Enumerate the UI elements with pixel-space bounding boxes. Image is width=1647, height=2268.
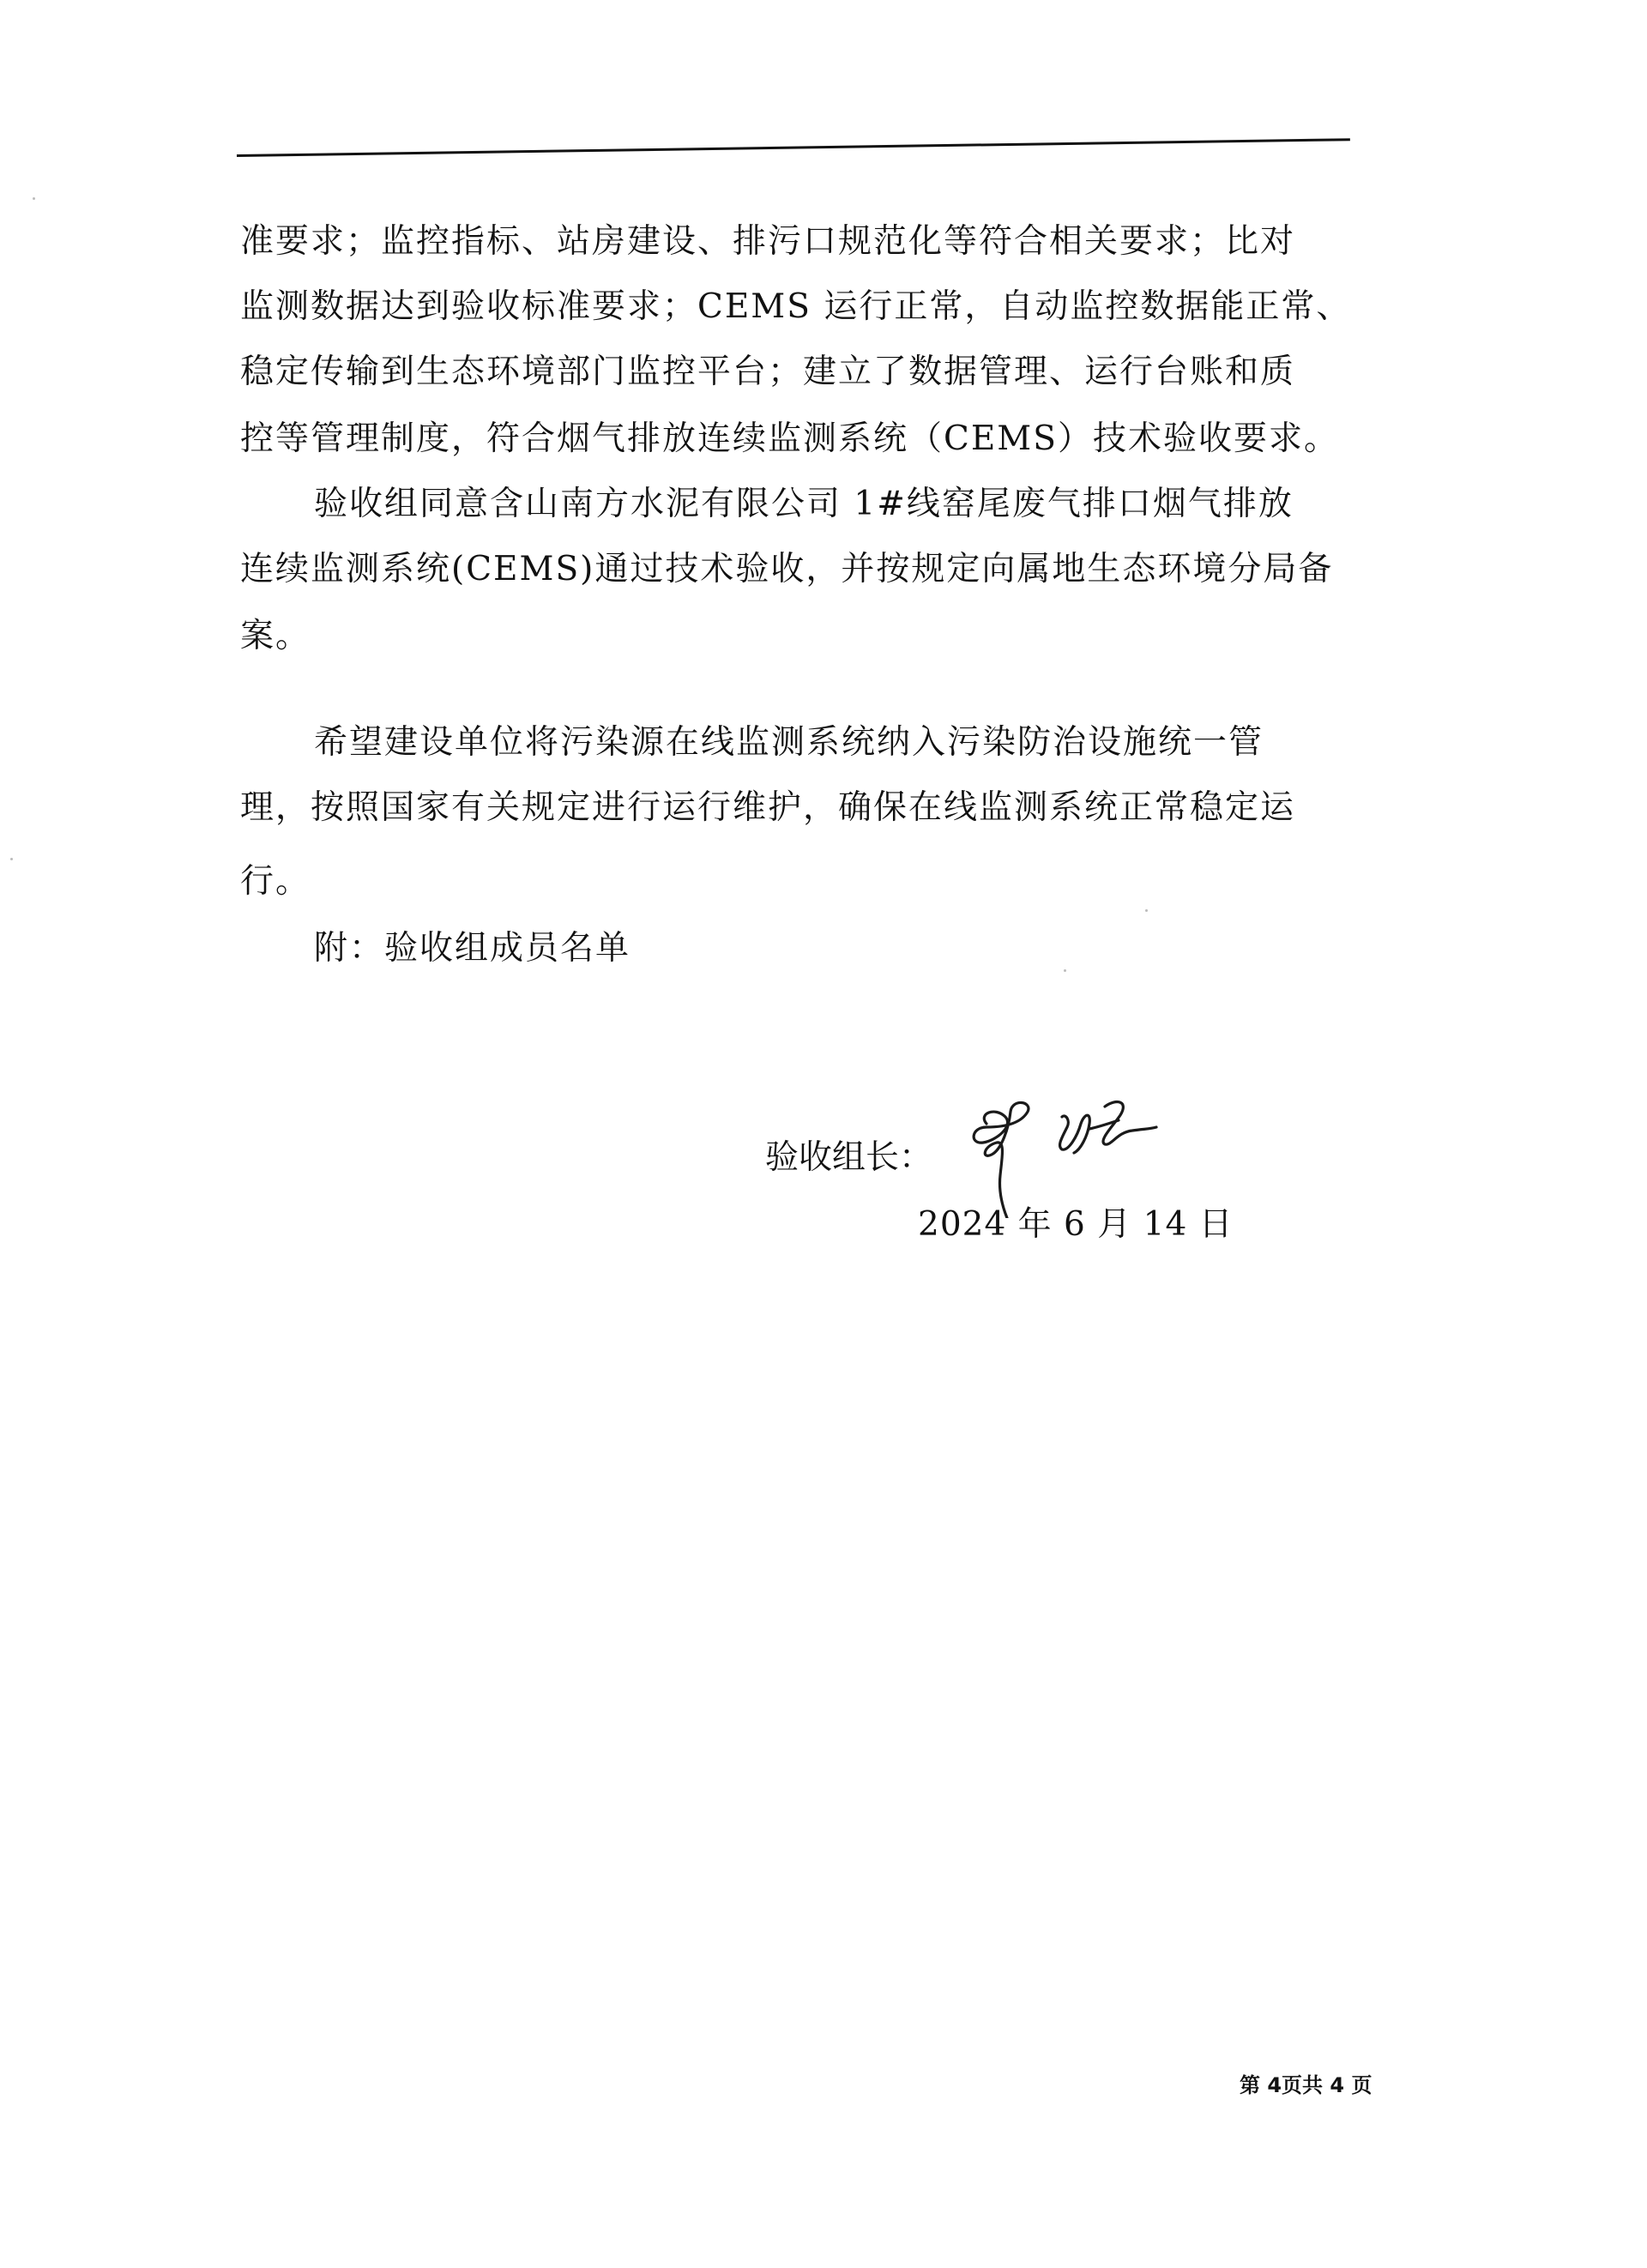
paragraph-line: 准要求；监控指标、站房建设、排污口规范化等符合相关要求；比对 bbox=[240, 221, 1295, 262]
paragraph-line: 案。 bbox=[240, 616, 311, 657]
scan-artifact bbox=[10, 858, 13, 860]
paragraph-line: 行。 bbox=[240, 861, 311, 902]
scan-artifact bbox=[33, 197, 35, 200]
paragraph-line: 连续监测系统(CEMS)通过技术验收，并按规定向属地生态环境分局备 bbox=[240, 549, 1333, 590]
document-page: 准要求；监控指标、站房建设、排污口规范化等符合相关要求；比对 监测数据达到验收标… bbox=[0, 0, 1647, 2268]
scan-artifact bbox=[1064, 969, 1066, 972]
signature-label: 验收组长： bbox=[765, 1137, 932, 1179]
scan-artifact bbox=[1145, 909, 1148, 912]
paragraph-line: 理，按照国家有关规定进行运行维护，确保在线监测系统正常稳定运 bbox=[240, 787, 1295, 829]
paragraph-line: 希望建设单位将污染源在线监测系统纳入污染防治设施统一管 bbox=[240, 722, 1264, 763]
paragraph-line: 稳定传输到生态环境部门监控平台；建立了数据管理、运行台账和质 bbox=[240, 352, 1295, 393]
handwritten-signature bbox=[961, 1089, 1184, 1218]
attachment-note: 附：验收组成员名单 bbox=[240, 928, 630, 969]
paragraph-line: 验收组同意含山南方水泥有限公司 1#线窑尾废气排口烟气排放 bbox=[240, 484, 1294, 525]
paragraph-line: 控等管理制度，符合烟气排放连续监测系统（CEMS）技术验收要求。 bbox=[240, 419, 1339, 460]
signature-date: 2024 年 6 月 14 日 bbox=[918, 1204, 1234, 1246]
page-indicator: 第 4页共 4 页 bbox=[1240, 2072, 1372, 2098]
header-rule bbox=[237, 138, 1350, 157]
paragraph-line: 监测数据达到验收标准要求；CEMS 运行正常，自动监控数据能正常、 bbox=[240, 287, 1351, 328]
